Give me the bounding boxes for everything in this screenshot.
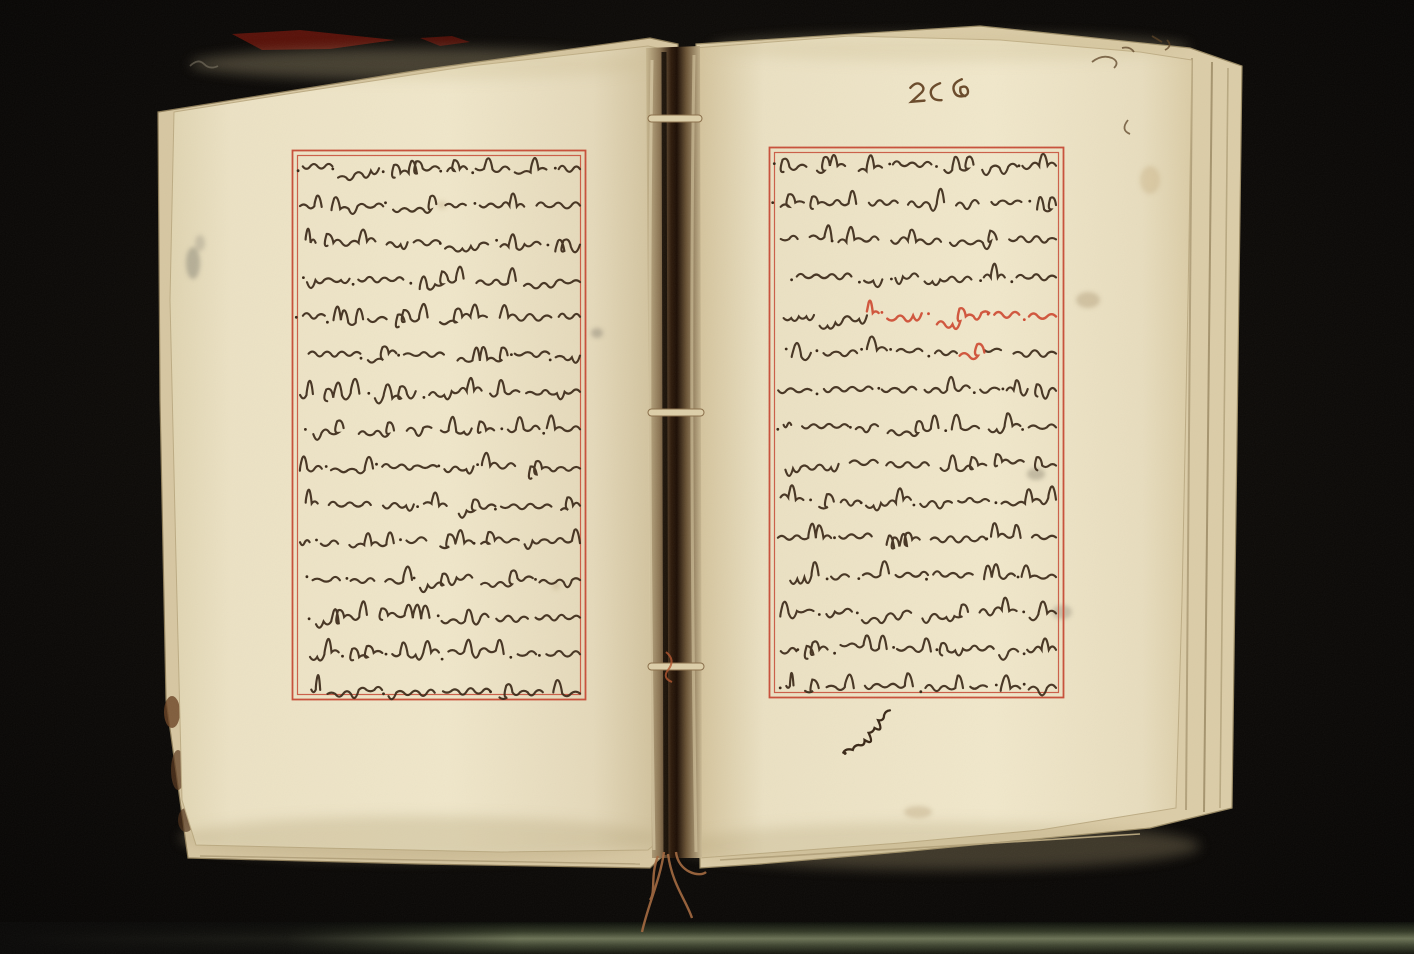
manuscript-book-spread — [0, 0, 1414, 954]
manuscript-photo — [0, 0, 1414, 954]
photo-grain — [0, 0, 1414, 954]
